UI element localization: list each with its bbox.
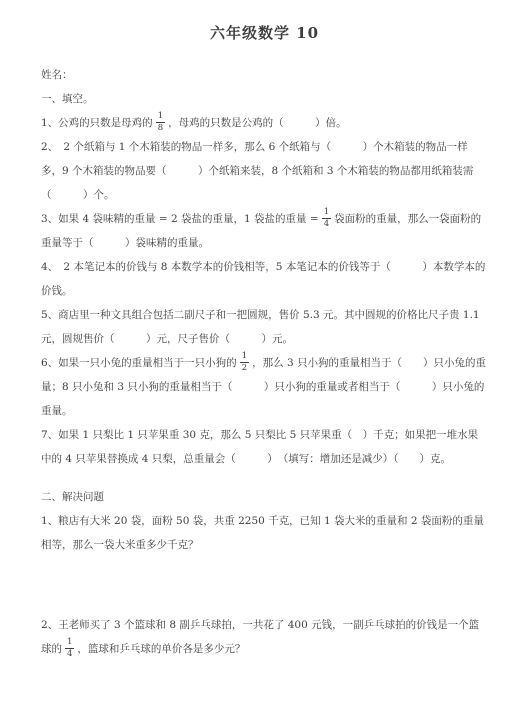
fraction: 12	[240, 351, 249, 373]
page-title: 六年级数学 10	[41, 24, 488, 43]
section-heading: 一、填空。	[41, 87, 488, 111]
problem-text: 1、粮店有大米 20 袋，面粉 50 袋，共重 2250 千克，已知 1 袋大米…	[41, 515, 484, 551]
fraction-numerator: 1	[65, 637, 74, 649]
problem-text: 6、如果一只小兔的重量相当于一只小狗的	[41, 357, 237, 369]
problem-line: 2、 2 个纸箱与 1 个木箱装的物品一样多，那么 6 个纸箱与（ ）个木箱装的…	[41, 135, 488, 207]
fraction-denominator: 8	[156, 123, 165, 133]
problem-text: 5、商店里一种文具组合包括二副尺子和一把圆规，售价 5.3 元。其中圆规的价格比…	[41, 309, 480, 345]
fraction: 14	[322, 207, 331, 229]
fraction-numerator: 1	[240, 351, 249, 363]
fraction-denominator: 4	[322, 219, 331, 229]
problem-text: 4、 2 本笔记本的价钱与 8 本数学本的价钱相等，5 本笔记本的价钱等于（ ）…	[41, 261, 485, 297]
problem-line: 4、 2 本笔记本的价钱与 8 本数学本的价钱相等，5 本笔记本的价钱等于（ ）…	[41, 255, 488, 303]
section-heading: 二、解决问题	[41, 485, 488, 509]
fraction-denominator: 2	[240, 363, 249, 373]
fraction: 18	[156, 111, 165, 133]
problem-line: 1、粮店有大米 20 袋，面粉 50 袋，共重 2250 千克，已知 1 袋大米…	[41, 509, 488, 557]
problem-line: 1、公鸡的只数是母鸡的18，母鸡的只数是公鸡的（ ）倍。	[41, 111, 488, 135]
problem-text: ，母鸡的只数是公鸡的（ ）倍。	[168, 117, 347, 129]
problem-line: 5、商店里一种文具组合包括二副尺子和一把圆规，售价 5.3 元。其中圆规的价格比…	[41, 303, 488, 351]
fraction-numerator: 1	[322, 207, 331, 219]
problem-text: 2、 2 个纸箱与 1 个木箱装的物品一样多，那么 6 个纸箱与（ ）个木箱装的…	[41, 141, 473, 201]
fraction-numerator: 1	[156, 111, 165, 123]
problem-text: 7、如果 1 只梨比 1 只苹果重 30 克，那么 5 只梨比 5 只苹果重（ …	[41, 429, 478, 465]
worksheet-page: 六年级数学 10 姓名： 一、填空。1、公鸡的只数是母鸡的18，母鸡的只数是公鸡…	[0, 0, 526, 702]
problem-line: 6、如果一只小兔的重量相当于一只小狗的12，那么 3 只小狗的重量相当于（ ）只…	[41, 351, 488, 423]
problem-text: ，篮球和乒乓球的单价各是多少元？	[77, 643, 245, 655]
problem-line: 7、如果 1 只梨比 1 只苹果重 30 克，那么 5 只梨比 5 只苹果重（ …	[41, 423, 488, 471]
fraction: 14	[65, 637, 74, 659]
sections-container: 一、填空。1、公鸡的只数是母鸡的18，母鸡的只数是公鸡的（ ）倍。2、 2 个纸…	[41, 87, 488, 661]
problem-line: 2、王老师买了 3 个篮球和 8 副乒乓球拍，一共花了 400 元钱，一副乒乓球…	[41, 613, 488, 661]
problem-text: 1、公鸡的只数是母鸡的	[41, 117, 153, 129]
fraction-denominator: 4	[65, 649, 74, 659]
name-label: 姓名：	[41, 63, 488, 87]
problem-text: 3、如果 4 袋味精的重量 = 2 袋盐的重量，1 袋盐的重量 =	[41, 213, 319, 225]
problem-line: 3、如果 4 袋味精的重量 = 2 袋盐的重量，1 袋盐的重量 =14袋面粉的重…	[41, 207, 488, 255]
